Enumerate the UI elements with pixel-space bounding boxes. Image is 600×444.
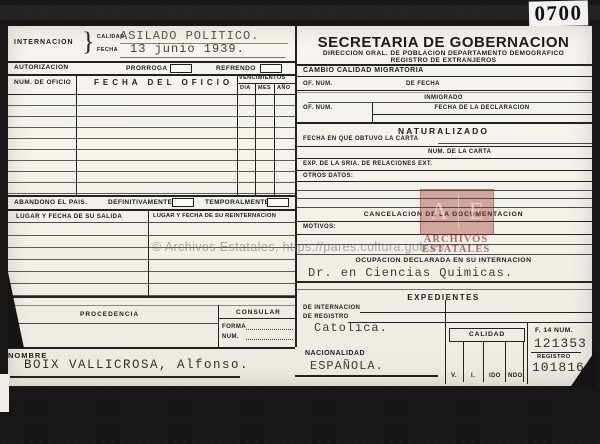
nombre-value: BOIX VALLICROSA, Alfonso. xyxy=(24,358,249,372)
temporalmente-checkbox xyxy=(267,198,289,207)
rule xyxy=(295,92,592,93)
rule xyxy=(463,342,464,382)
rule xyxy=(445,300,446,384)
dotted-leader xyxy=(246,328,293,330)
rule xyxy=(295,146,592,147)
rule xyxy=(483,342,484,382)
definitivamente-label: DEFINITIVAMENTE xyxy=(108,199,172,206)
consular-num-label: NUM. xyxy=(222,334,239,340)
rule xyxy=(295,64,592,66)
cambio-de-fecha-label: DE FECHA xyxy=(406,81,440,87)
rule xyxy=(295,76,592,77)
rule xyxy=(237,74,238,195)
rule xyxy=(218,305,219,347)
fecha-oficio-header: FECHA DEL OFICIO xyxy=(94,78,233,87)
rule xyxy=(120,57,285,58)
registro-value: 101816 xyxy=(532,360,585,375)
photo-number-plate: 0700 xyxy=(529,0,589,26)
rule xyxy=(76,74,77,195)
naturalizado-header: NATURALIZADO xyxy=(295,126,592,136)
f14-value: 121353 xyxy=(534,336,587,351)
rule xyxy=(274,83,275,195)
rule xyxy=(237,83,295,84)
rule xyxy=(295,122,592,124)
fecha-value: 13 junio 1939. xyxy=(130,42,245,56)
refrendo-checkbox xyxy=(260,64,282,73)
calidad-col-ido: IDO xyxy=(489,373,501,379)
rule xyxy=(8,61,295,63)
rule xyxy=(527,322,528,384)
calidad-col-ndo: NDO. xyxy=(508,373,525,379)
fecha-field-label: FECHA xyxy=(97,47,118,53)
scanned-photo: INTERNACION } CALIDAD FECHA ASILADO POLI… xyxy=(0,0,600,444)
rule xyxy=(8,305,295,306)
mes-header: MES xyxy=(258,85,271,91)
rule xyxy=(8,296,295,298)
rule xyxy=(531,352,581,353)
definitivamente-checkbox xyxy=(172,198,194,207)
salida-table-rows xyxy=(8,224,295,296)
copyright-watermark: © Archivos Estatales, https://pares.cult… xyxy=(152,240,445,254)
dia-header: DIA xyxy=(240,85,251,91)
rule xyxy=(218,318,295,319)
rule xyxy=(360,312,592,313)
refrendo-label: REFRENDO xyxy=(216,65,256,72)
card-edge-extension xyxy=(0,374,9,412)
calidad-header: CALIDAD xyxy=(450,331,524,338)
calidad-col-v: V. xyxy=(451,373,457,379)
rule xyxy=(308,102,592,103)
rule xyxy=(10,376,240,378)
procedencia-header: PROCEDENCIA xyxy=(80,311,139,318)
dotted-leader xyxy=(246,338,293,340)
num-carta-label: NUM. DE LA CARTA xyxy=(428,149,491,155)
exp-sria-label: EXP. DE LA SRIA. DE RELACIONES EXT. xyxy=(303,161,432,167)
prorroga-label: PRORROGA xyxy=(126,65,167,72)
rule xyxy=(8,195,295,197)
rule xyxy=(295,181,592,182)
rule xyxy=(295,289,592,290)
agency-subtitle-1: DIRECCION GRAL. DE POBLACION DEPARTAMENT… xyxy=(295,50,592,57)
consular-header: CONSULAR xyxy=(236,309,281,316)
otros-datos-label: OTROS DATOS: xyxy=(303,173,353,179)
f14-label: F. 14 NUM. xyxy=(535,327,573,334)
de-registro-label: DE REGISTRO xyxy=(303,314,349,320)
rule xyxy=(8,323,218,324)
internacion-label: INTERNACION xyxy=(14,39,74,46)
nacionalidad-value: ESPAÑOLA. xyxy=(310,359,384,373)
nacionalidad-label: NACIONALIDAD xyxy=(305,350,365,357)
rule xyxy=(8,209,295,211)
rule xyxy=(148,209,149,296)
autorizacion-label: AUTORIZACION xyxy=(14,64,69,71)
rule xyxy=(8,222,295,223)
logo-letter-a: A xyxy=(430,199,447,226)
registro-entry-value: Catolica. xyxy=(314,321,388,335)
agency-title: SECRETARIA DE GOBERNACION xyxy=(295,34,592,51)
rule xyxy=(255,83,256,195)
motivos-label: MOTIVOS: xyxy=(303,224,336,230)
rule xyxy=(372,114,592,115)
ocupacion-header: OCUPACION DECLARADA EN SU INTERNACION xyxy=(295,257,592,264)
inmigrado-of-num-label: OF. NUM. xyxy=(303,105,333,111)
logo-letter-e: E xyxy=(469,199,484,226)
rule xyxy=(295,170,592,171)
rule xyxy=(295,90,592,91)
rule xyxy=(295,158,592,159)
rule xyxy=(295,375,438,377)
num-oficio-header: NUM. DE OFICIO xyxy=(14,79,71,86)
cambio-calidad-header: CAMBIO CALIDAD MIGRATORIA xyxy=(303,67,424,74)
fecha-carta-label: FECHA EN QUE OBTUVO LA CARTA xyxy=(303,136,418,142)
expedientes-header: EXPEDIENTES xyxy=(295,293,592,302)
reinternacion-header: LUGAR Y FECHA DE SU REINTERNACION xyxy=(153,213,276,219)
ano-header: AÑO xyxy=(277,85,290,91)
forma-label: FORMA xyxy=(222,324,246,330)
scan-light-band xyxy=(0,5,600,20)
temporalmente-label: TEMPORALMENTE xyxy=(205,199,269,206)
registration-card: INTERNACION } CALIDAD FECHA ASILADO POLI… xyxy=(8,26,592,386)
rule xyxy=(8,347,295,349)
rule xyxy=(120,43,288,44)
logo-divider xyxy=(458,195,459,229)
rule xyxy=(438,143,592,144)
inmigrado-header: INMIGRADO xyxy=(295,95,592,101)
prorroga-checkbox xyxy=(170,64,192,73)
rule xyxy=(505,342,506,382)
ocupacion-value: Dr. en Ciencias Quimicas. xyxy=(308,266,513,280)
brace-glyph: } xyxy=(82,27,94,57)
oficio-table-rows xyxy=(8,95,295,195)
rule xyxy=(295,281,592,283)
calidad-header-box: CALIDAD xyxy=(449,328,525,342)
calidad-value: ASILADO POLITICO. xyxy=(120,29,259,43)
agency-subtitle-2: REGISTRO DE EXTRANJEROS xyxy=(295,57,592,64)
abandono-label: ABANDONO EL PAIS. xyxy=(14,199,87,206)
de-internacion-label: DE INTERNACION xyxy=(303,305,360,311)
calidad-col-i: I. xyxy=(471,373,475,379)
photo-number: 0700 xyxy=(534,1,583,27)
salida-header: LUGAR Y FECHA DE SU SALIDA xyxy=(16,213,122,220)
vencimientos-header: VENCIMIENTOS xyxy=(239,75,286,81)
fecha-declaracion-label: FECHA DE LA DECLARACION xyxy=(372,105,592,111)
cambio-of-num-label: OF. NUM. xyxy=(303,81,333,87)
archivos-estatales-logo: A E xyxy=(420,189,494,235)
